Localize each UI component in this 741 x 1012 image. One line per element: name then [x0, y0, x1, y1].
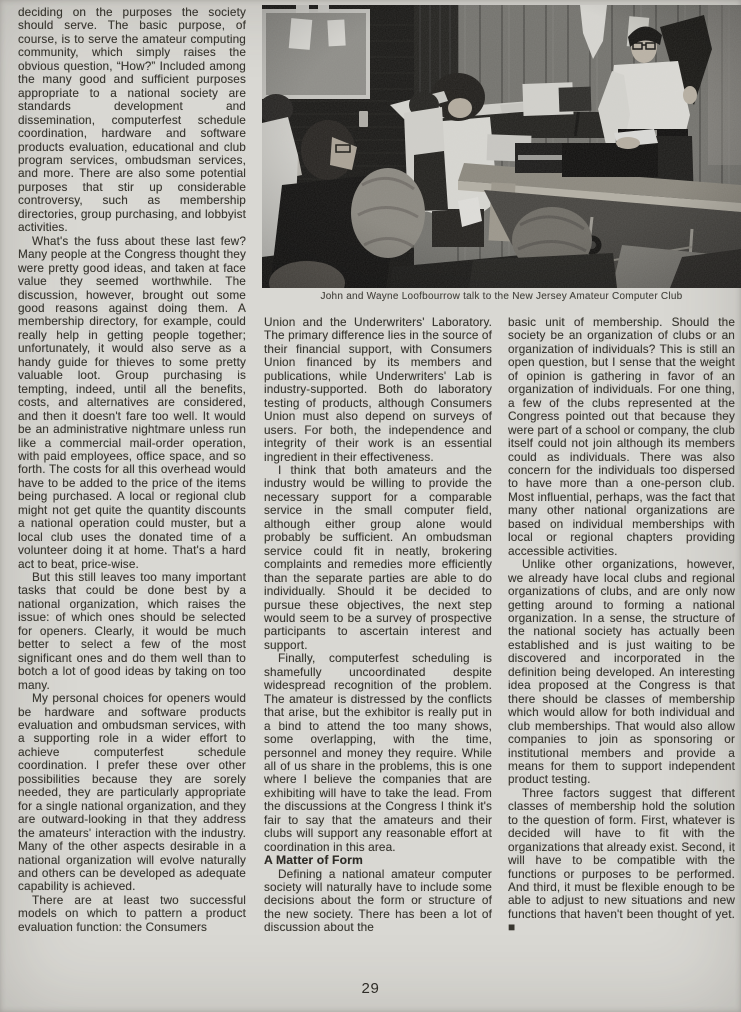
paragraph: Finally, computerfest scheduling is sham…: [264, 652, 492, 854]
paragraph: Unlike other organizations, however, we …: [508, 558, 735, 787]
paragraph: basic unit of membership. Should the soc…: [508, 316, 735, 558]
page-number: 29: [0, 980, 741, 997]
section-heading: A Matter of Form: [264, 854, 492, 867]
club-meeting-photo-art: [262, 5, 741, 288]
paragraph: Defining a national amateur computer soc…: [264, 868, 492, 935]
text-column-2: Union and the Underwriters' Laboratory. …: [264, 316, 492, 935]
text-column-1: deciding on the purposes the society sho…: [18, 6, 246, 934]
paragraph: Union and the Underwriters' Laboratory. …: [264, 316, 492, 464]
text-column-3: basic unit of membership. Should the soc…: [508, 316, 735, 935]
club-meeting-photo: [262, 5, 741, 288]
paragraph: My personal choices for openers would be…: [18, 692, 246, 894]
paragraph: But this still leaves too many important…: [18, 571, 246, 692]
paragraph: I think that both amateurs and the indus…: [264, 464, 492, 652]
photo-caption: John and Wayne Loofbourrow talk to the N…: [262, 291, 741, 302]
paragraph: Three factors suggest that different cla…: [508, 787, 735, 935]
paragraph: What's the fuss about these last few? Ma…: [18, 235, 246, 571]
magazine-page: deciding on the purposes the society sho…: [0, 0, 741, 1012]
paragraph: deciding on the purposes the society sho…: [18, 6, 246, 235]
paragraph: There are at least two successful models…: [18, 894, 246, 934]
